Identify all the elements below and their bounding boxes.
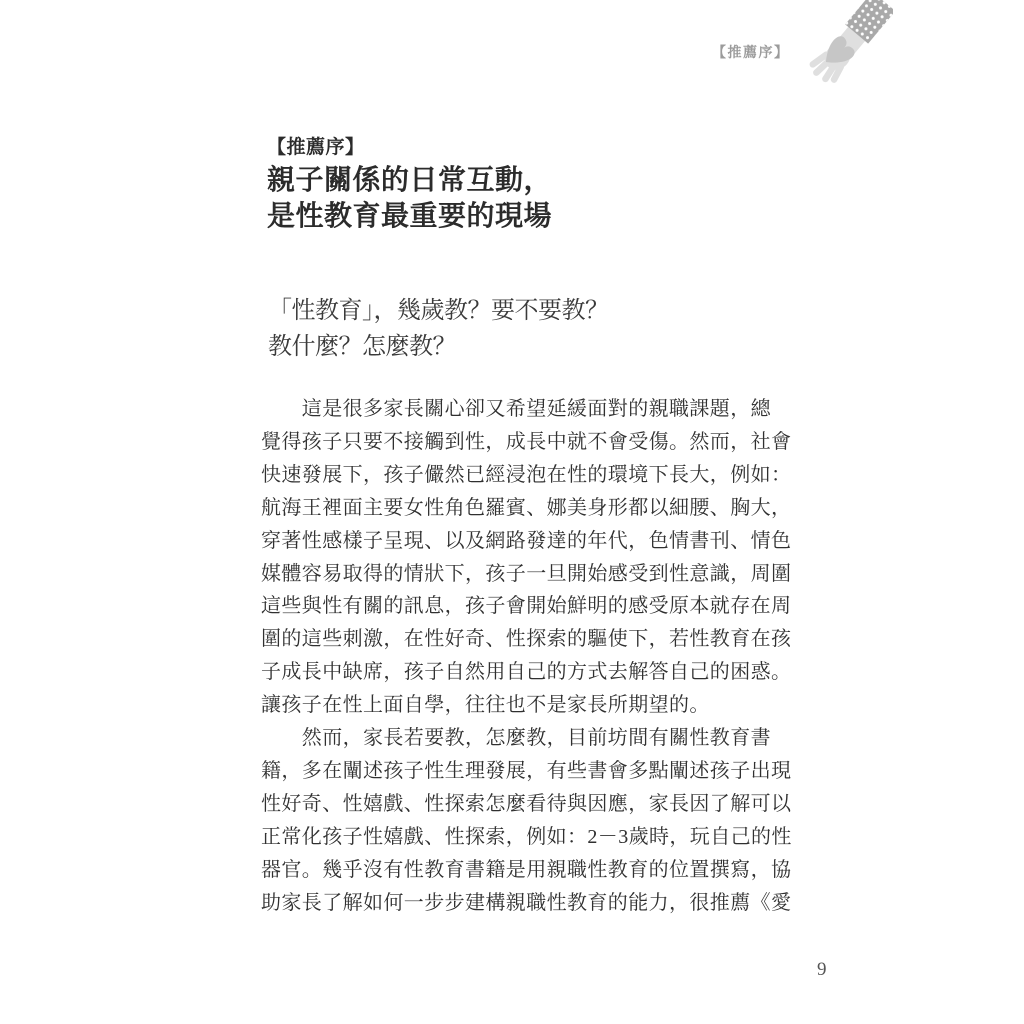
body-text-line: 快速發展下，孩子儼然已經浸泡在性的環境下長大，例如：: [261, 459, 795, 492]
body-text-line: 性好奇、性嬉戲、性探索怎麼看待與因應，家長因了解可以: [261, 788, 795, 821]
body-text-line: 圍的這些刺激，在性好奇、性探索的驅使下，若性教育在孩: [261, 623, 795, 656]
page-title: 親子關係的日常互動， 是性教育最重要的現場: [267, 162, 552, 233]
running-header: 【推薦序】: [712, 42, 790, 62]
hand-holding-heart-icon: [793, 0, 893, 95]
body-text-line: 穿著性感樣子呈現、以及網路發達的年代，色情書刊、情色: [261, 525, 795, 558]
body-text-line: 器官。幾乎沒有性教育書籍是用親職性教育的位置撰寫，協: [261, 854, 795, 887]
body-text-line: 讓孩子在性上面自學，往往也不是家長所期望的。: [261, 689, 795, 722]
article-subtitle-line-1: 「性教育」，幾歲教？要不要教？: [268, 293, 609, 329]
body-text-line: 助家長了解如何一步步建構親職性教育的能力，很推薦《愛: [261, 887, 795, 920]
body-text-line: 這是很多家長關心卻又希望延緩面對的親職課題，總: [261, 393, 795, 426]
page-number: 9: [817, 959, 827, 981]
body-text-line: 航海王裡面主要女性角色羅賓、娜美身形都以細腰、胸大，: [261, 492, 795, 525]
body-text-line: 籍，多在闡述孩子性生理發展，有些書會多點闡述孩子出現: [261, 755, 795, 788]
page-title-line-2: 是性教育最重要的現場: [267, 198, 552, 234]
body-text-line: 正常化孩子性嬉戲、性探索，例如：2－3歲時，玩自己的性: [261, 821, 795, 854]
book-page: 【推薦序】 【推薦序】: [0, 0, 1024, 1024]
article-subtitle: 「性教育」，幾歲教？要不要教？ 教什麼？怎麼教？: [268, 293, 609, 365]
body-text-line: 媒體容易取得的情狀下，孩子一旦開始感受到性意識，周圍: [261, 558, 795, 591]
body-text-line: 覺得孩子只要不接觸到性，成長中就不會受傷。然而，社會: [261, 426, 795, 459]
body-text-line: 子成長中缺席，孩子自然用自己的方式去解答自己的困惑。: [261, 656, 795, 689]
body-text: 這是很多家長關心卻又希望延緩面對的親職課題，總覺得孩子只要不接觸到性，成長中就不…: [261, 393, 795, 920]
section-label: 【推薦序】: [267, 132, 365, 159]
page-title-line-1: 親子關係的日常互動，: [267, 162, 552, 198]
body-text-line: 這些與性有關的訊息，孩子會開始鮮明的感受原本就存在周: [261, 590, 795, 623]
article-subtitle-line-2: 教什麼？怎麼教？: [268, 329, 609, 365]
body-text-line: 然而，家長若要教，怎麼教，目前坊間有關性教育書: [261, 722, 795, 755]
